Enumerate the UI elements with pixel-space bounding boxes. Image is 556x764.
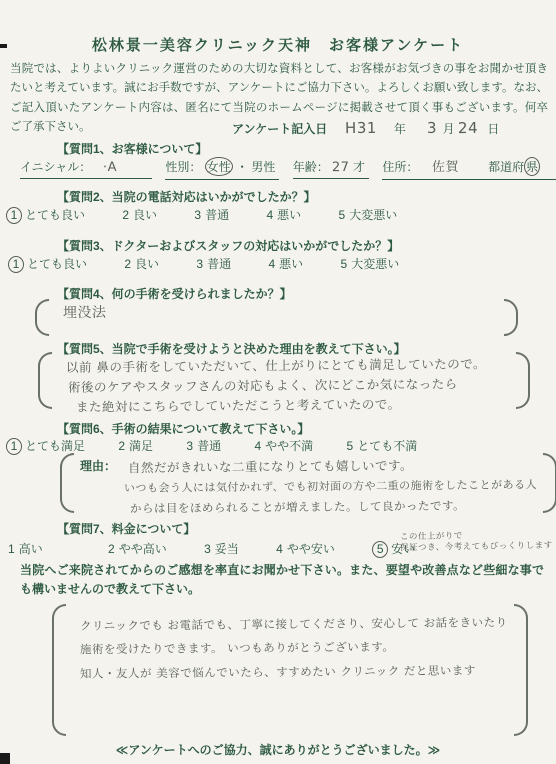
q7-option-2: 2やや高い xyxy=(108,542,167,556)
q7-option-4: 4やや安い xyxy=(276,542,335,556)
q7-note-line: 保証つき、今考えてもびっくりします xyxy=(400,541,553,555)
age-suffix: 才 xyxy=(353,160,365,174)
q6-selected-circle: 1 xyxy=(6,438,22,455)
q1-header: 【質問1、お客様について】 xyxy=(57,140,207,157)
q7-header: 【質問7、料金について】 xyxy=(57,520,195,537)
date-month-label: 月 xyxy=(443,122,455,136)
q6-reason-line: 自然だがきれいな二重になりとても嬉しいです。 xyxy=(128,456,413,478)
right-bracket xyxy=(543,453,556,513)
date-label: アンケート記入日 xyxy=(232,122,327,136)
initial-value: ·A xyxy=(103,160,117,175)
left-bracket xyxy=(38,352,52,409)
gender-female-circled: 女性 xyxy=(205,157,233,176)
scan-artifact-bottom xyxy=(0,753,10,764)
q6-reason-label: 理由： xyxy=(80,459,116,473)
q7-options: 1高い 2やや高い 3妥当 4やや安い 5安い xyxy=(8,540,415,558)
feedback-answer-box: クリニックでも お電話でも、丁寧に接してくださり、安心して お話をきいたり 施術… xyxy=(52,604,524,736)
survey-page: 松林景一美容クリニック天神 お客様アンケート 当院では、よりよいクリニック運営の… xyxy=(0,0,556,764)
date-day-value: 24 xyxy=(458,119,478,137)
initial-label: イニシャル： xyxy=(20,160,91,174)
address-pref-prefix: 都道府 xyxy=(488,160,524,174)
gender-separator: ・ xyxy=(236,160,248,174)
date-year-label: 年 xyxy=(394,122,406,136)
right-bracket xyxy=(504,299,518,336)
q3-option-1: 1とても良い xyxy=(8,257,87,271)
left-bracket xyxy=(35,299,49,336)
q3-option-2: 2良い xyxy=(124,257,159,271)
q6-option-1: 1とても満足 xyxy=(6,439,85,453)
q2-options: 1とても良い 2良い 3普通 4悪い 5大変悪い xyxy=(6,206,431,224)
age-value: 27 xyxy=(332,160,350,175)
left-bracket xyxy=(52,604,66,736)
right-bracket xyxy=(514,604,528,736)
q4-answer: 埋没法 xyxy=(63,303,107,323)
q7-margin-note: この仕上がりで 保証つき、今考えてもびっくりします xyxy=(400,530,553,555)
age-field: 年齢： 27 才 xyxy=(293,158,369,179)
feedback-line: 知人・友人が 美容で悩んでいたら、すすめたい クリニック だと思います xyxy=(80,658,476,685)
q7-selected-circle: 5 xyxy=(372,541,388,558)
q6-reason-box: 理由： 自然だがきれいな二重になりとても嬉しいです。 いつも会う人には気付かれず… xyxy=(60,453,532,513)
q6-option-5: 5とても不満 xyxy=(347,439,418,453)
date-day-label: 日 xyxy=(487,122,499,136)
page-title: 松林景一美容クリニック天神 お客様アンケート xyxy=(0,34,556,55)
q2-selected-circle: 1 xyxy=(6,207,22,224)
address-label: 住所： xyxy=(382,160,418,174)
q2-option-3: 3普通 xyxy=(194,208,229,222)
address-field: 住所： 佐賀 都道府県 xyxy=(382,156,556,180)
q2-option-4: 4悪い xyxy=(266,208,301,222)
q1-fields: イニシャル： ·A 性別： 女性 ・ 男性 年齢： 27 才 住所： 佐賀 都道… xyxy=(20,156,544,180)
q2-option-5: 5大変悪い xyxy=(339,208,398,222)
feedback-prompt: 当院へご来院されてからのご感想を率直にお聞かせ下さい。また、要望や改善点など些細… xyxy=(20,561,544,599)
date-year-value: H31 xyxy=(345,119,377,137)
q3-option-4: 4悪い xyxy=(268,257,303,271)
q6-reason-line: いつも会う人には気付かれず、でも初対面の方や二重の施術をしたことがある人 xyxy=(124,475,537,499)
feedback-line: クリニックでも お電話でも、丁寧に接してくださり、安心して お話をきいたり xyxy=(80,610,508,638)
age-label: 年齢： xyxy=(293,160,329,174)
gender-label: 性別： xyxy=(165,160,201,174)
q3-selected-circle: 1 xyxy=(8,256,24,273)
q3-options: 1とても良い 2良い 3普通 4悪い 5大変悪い xyxy=(8,255,433,273)
q3-option-3: 3普通 xyxy=(196,257,231,271)
q2-option-1: 1とても良い xyxy=(6,208,85,222)
address-value: 佐賀 xyxy=(432,156,459,175)
date-month-value: 3 xyxy=(427,119,437,137)
q6-option-3: 3普通 xyxy=(186,439,221,453)
left-bracket xyxy=(60,453,74,513)
q3-option-5: 5大変悪い xyxy=(341,257,400,271)
gender-male: 男性 xyxy=(251,160,275,174)
q6-option-4: 4やや不満 xyxy=(254,439,313,453)
address-pref-circled: 県 xyxy=(524,157,540,176)
survey-date-row: アンケート記入日 H31 年 3 月 24 日 xyxy=(232,119,499,137)
q4-answer-box: 埋没法 xyxy=(35,299,518,336)
q2-option-2: 2良い xyxy=(122,208,157,222)
q2-header: 【質問2、当院の電話対応はいかがでしたか？】 xyxy=(57,188,316,205)
feedback-line: 施術を受けたりできます。 いつもありがとうございます。 xyxy=(80,635,395,662)
q6-reason-line: からは目をほめられることが増えました。して良かったです。 xyxy=(130,496,465,519)
q5-answer-box: 以前 鼻の手術をしていただいて、仕上がりにとても満足していたので。 術後のケアや… xyxy=(38,352,530,409)
q7-option-3: 3妥当 xyxy=(204,542,239,556)
q3-header: 【質問3、ドクターおよびスタッフの対応はいかがでしたか？】 xyxy=(57,237,399,254)
initial-field: イニシャル： ·A xyxy=(20,158,152,179)
q7-option-1: 1高い xyxy=(8,542,43,556)
q5-answer-line: また絶対にこちらでしていただこうと考えていたので。 xyxy=(76,395,401,418)
footer-thanks: ≪アンケートへのご協力、誠にありがとうございました。≫ xyxy=(0,741,556,758)
q6-option-2: 2満足 xyxy=(118,439,153,453)
right-bracket xyxy=(516,352,530,409)
gender-field: 性別： 女性 ・ 男性 xyxy=(165,157,279,180)
q6-header: 【質問6、手術の結果について教えて下さい。】 xyxy=(57,420,309,437)
